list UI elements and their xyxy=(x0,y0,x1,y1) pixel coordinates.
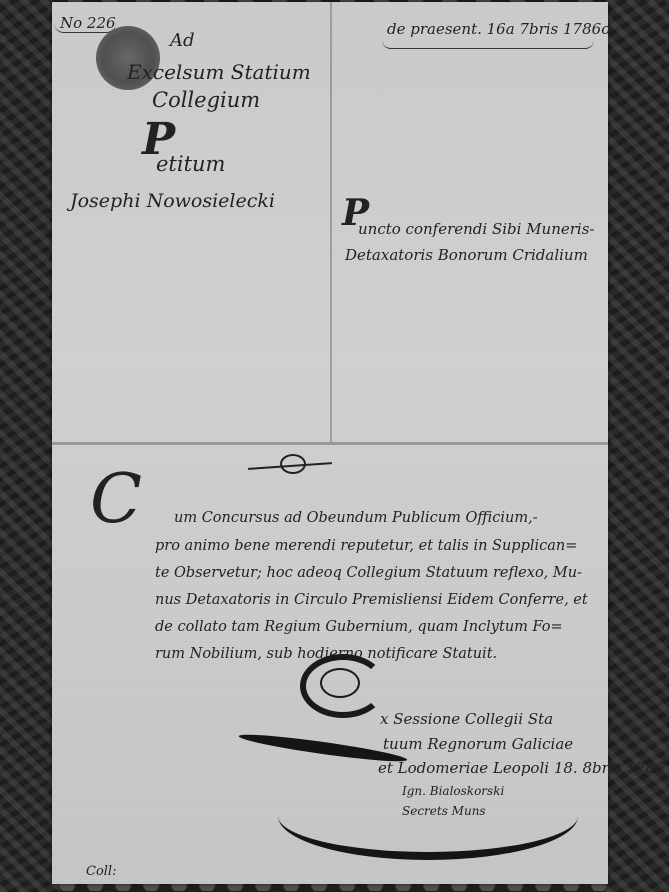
closing-initial-e-inner-loop xyxy=(320,668,360,698)
body-line-1: um Concursus ad Obeundum Publicum Offici… xyxy=(174,510,538,526)
address-line-1: Excelsum Statium xyxy=(127,60,311,84)
subject-line-1: uncto conferendi Sibi Muneris- xyxy=(358,220,594,238)
closing-line-2: tuum Regnorum Galiciae xyxy=(383,735,573,753)
address-ad: Ad xyxy=(170,30,195,51)
footer-note: Coll: xyxy=(86,864,116,879)
date-header: de praesent. 16a 7bris 1786o xyxy=(387,20,610,38)
decorative-flourish-loop xyxy=(280,454,306,474)
closing-line-3: et Lodomeriae Leopoli 18. 8bris 1786 xyxy=(378,759,664,777)
date-header-frame xyxy=(382,40,594,49)
signature-1: Ign. Bialoskorski xyxy=(402,784,504,798)
body-line-4: nus Detaxatoris in Circulo Premisliensi … xyxy=(155,592,588,608)
petitioner-name: Josephi Nowosielecki xyxy=(70,190,275,212)
body-line-3: te Observetur; hoc adeoq Collegium Statu… xyxy=(155,565,582,581)
document-paper: No 226 Ad Excelsum Statium Collegium P e… xyxy=(52,2,608,884)
address-line-2: Collegium xyxy=(152,88,260,112)
subject-line-2: Detaxatoris Bonorum Cridalium xyxy=(345,246,588,264)
vertical-fold-line xyxy=(330,2,332,442)
horizontal-fold-line xyxy=(52,442,608,445)
closing-line-1: x Sessione Collegii Sta xyxy=(380,710,553,728)
petitum-heading: etitum xyxy=(156,152,225,176)
reference-number: No 226 xyxy=(60,14,116,32)
body-line-2: pro animo bene merendi reputetur, et tal… xyxy=(155,538,577,554)
body-initial-c: C xyxy=(90,460,142,539)
body-line-5: de collato tam Regium Gubernium, quam In… xyxy=(155,619,563,635)
carpet-background-left xyxy=(0,0,60,892)
signature-2: Secrets Muns xyxy=(402,804,486,818)
